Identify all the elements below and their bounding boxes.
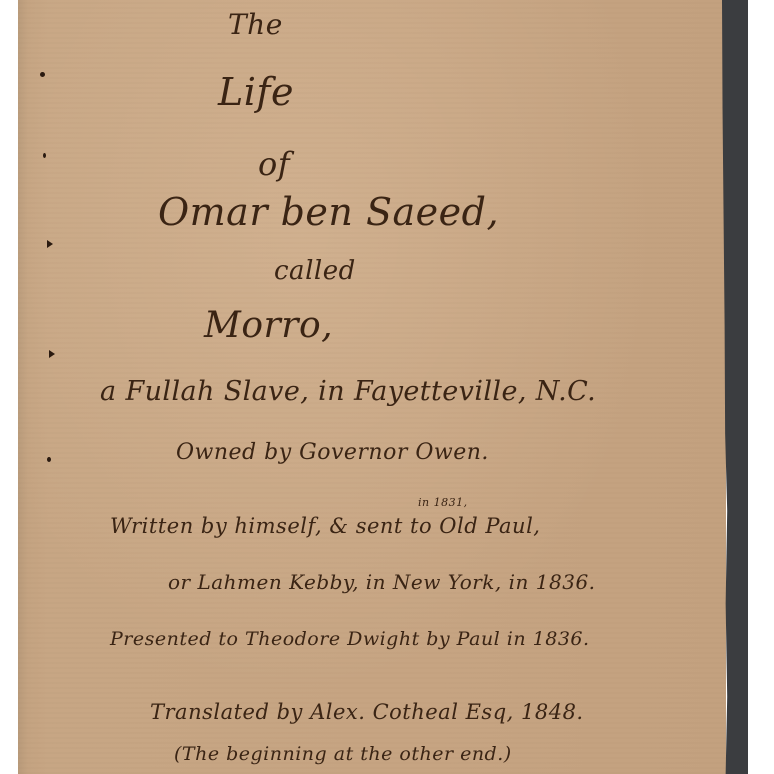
translated-line: Translated by Alex. Cotheal Esq, 1848. [150, 700, 584, 724]
manuscript-page: The Life of Omar ben Saeed, called Morro… [18, 0, 726, 774]
subtitle-slave: a Fullah Slave, in Fayetteville, N.C. [100, 376, 596, 407]
binding-hole [47, 457, 51, 462]
presented-line: Presented to Theodore Dwight by Paul in … [110, 628, 590, 650]
note-line: (The beginning at the other end.) [174, 743, 512, 765]
insertion-year: in 1831, [418, 496, 468, 509]
title-life: Life [218, 70, 294, 114]
binding-hole [47, 240, 53, 248]
subtitle-owner: Owned by Governor Owen. [176, 440, 489, 465]
lahmen-line: or Lahmen Kebby, in New York, in 1836. [168, 570, 596, 594]
title-name: Omar ben Saeed, [158, 190, 499, 234]
title-of: of [258, 145, 290, 183]
written-line: Written by himself, & sent to Old Paul, [110, 514, 540, 538]
binding-hole [49, 350, 55, 358]
binding-hole [43, 153, 46, 158]
page-margin [748, 0, 774, 774]
title-called: called [274, 256, 356, 286]
title-morro: Morro, [204, 305, 333, 346]
binding-hole [40, 72, 45, 77]
title-the: The [228, 8, 283, 41]
